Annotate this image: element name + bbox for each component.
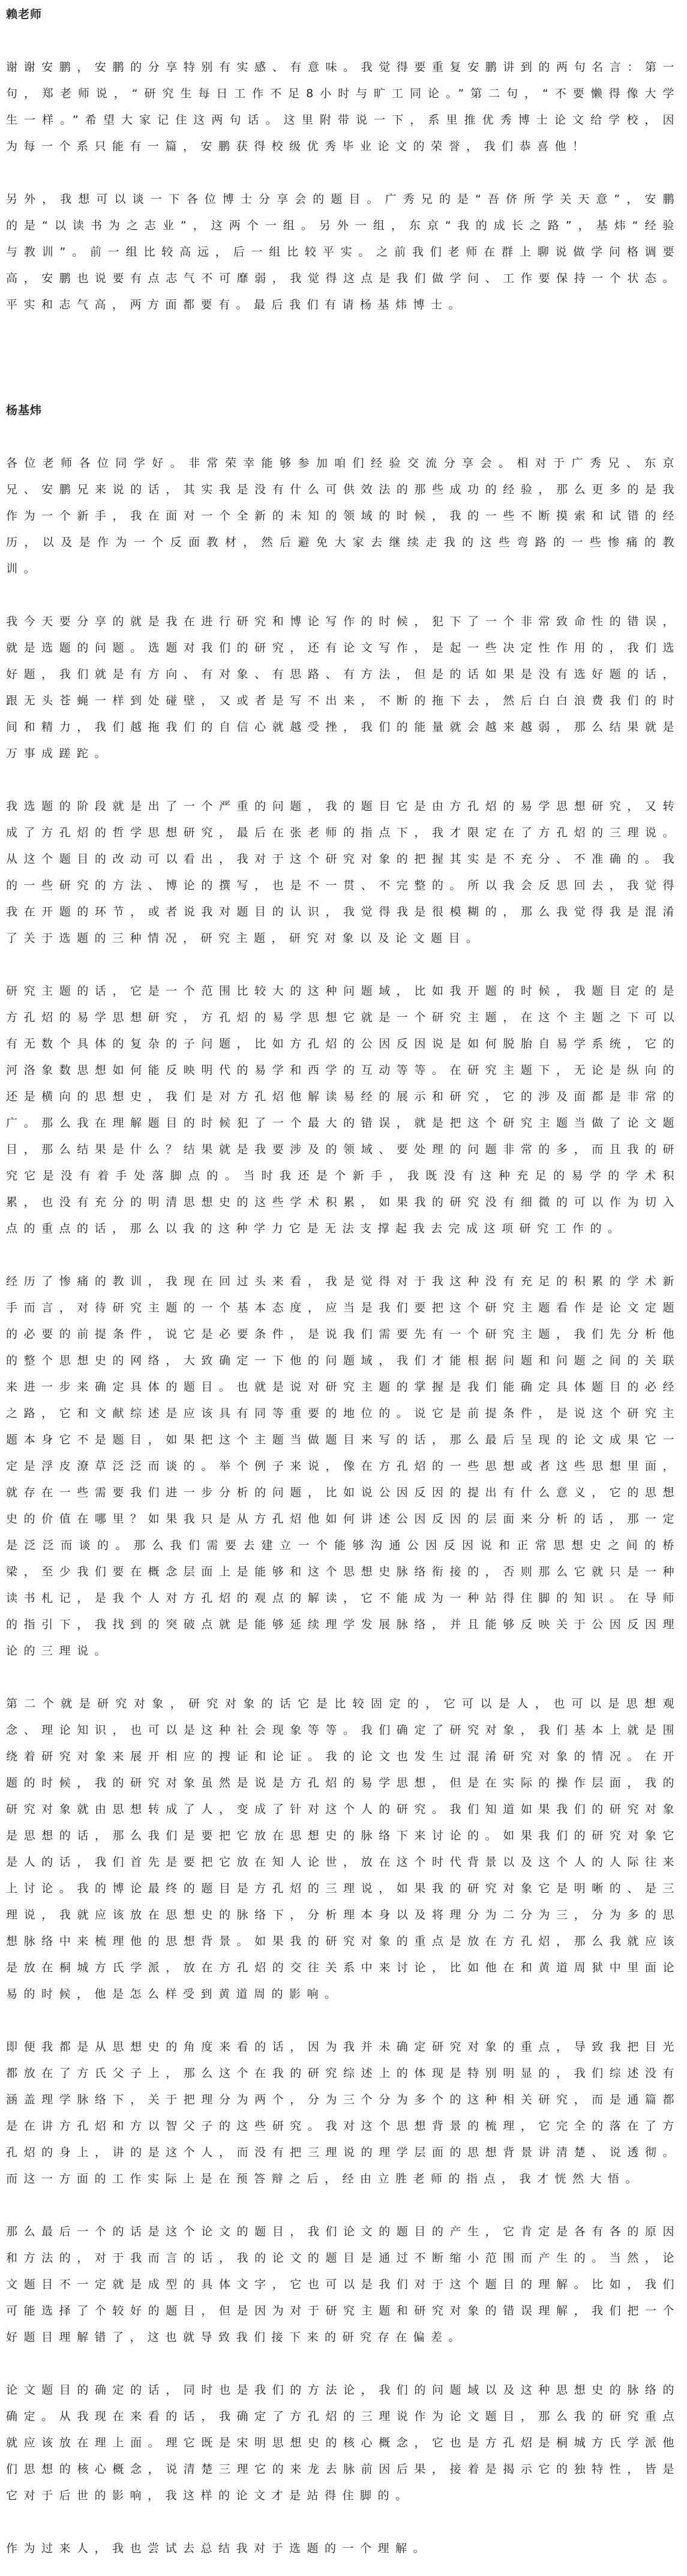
- paragraph: 谢谢安鹏，安鹏的分享特别有实感、有意味。我觉得要重复安鹏讲到的两句名言：第一句，…: [6, 54, 680, 160]
- document-page: 赖老师 谢谢安鹏，安鹏的分享特别有实感、有意味。我觉得要重复安鹏讲到的两句名言：…: [0, 0, 687, 2576]
- speaker-name: 赖老师: [6, 1, 680, 28]
- paragraph: 第二个就是研究对象，研究对象的话它是比较固定的，它可以是人，也可以是思想观念、理…: [6, 1691, 680, 2007]
- paragraph: 即便我都是从思想史的角度来看的话，因为我并未确定研究对象的重点，导致我把目光都放…: [6, 2034, 680, 2192]
- paragraph: 论文题目的确定的话，同时也是我们的方法论，我们的问题域以及这种思想史的脉络的确定…: [6, 2377, 680, 2509]
- paragraph: 我选题的阶段就是出了一个严重的问题，我的题目它是由方孔炤的易学思想研究，又转成了…: [6, 793, 680, 951]
- speaker-section: 赖老师 谢谢安鹏，安鹏的分享特别有实感、有意味。我觉得要重复安鹏讲到的两句名言：…: [6, 1, 680, 318]
- paragraph: 经历了惨痛的教训，我现在回过头来看，我是觉得对于我这种没有充足的积累的学术新手而…: [6, 1268, 680, 1664]
- paragraph: 另外，我想可以谈一下各位博士分享会的题目。广秀兄的是“吾侪所学关天意”，安鹏的是…: [6, 186, 680, 318]
- speaker-name: 杨基炜: [6, 397, 680, 424]
- paragraph: 那么最后一个的话是这个论文的题目，我们论文的题目的产生，它肯定是各有各的原因和方…: [6, 2218, 680, 2350]
- paragraph: 各位老师各位同学好。非常荣幸能够参加咱们经验交流分享会。相对于广秀兄、东京兄、安…: [6, 450, 680, 582]
- paragraph: 作为过来人，我也尝试去总结我对于选题的一个理解。: [6, 2535, 680, 2562]
- paragraph: 研究主题的话，它是一个范围比较大的这种问题域，比如我开题的时候，我题目定的是方孔…: [6, 978, 680, 1242]
- speaker-section: 杨基炜 各位老师各位同学好。非常荣幸能够参加咱们经验交流分享会。相对于广秀兄、东…: [6, 397, 680, 2562]
- paragraph: 我今天要分享的就是我在进行研究和博论写作的时候，犯下了一个非常致命性的错误，就是…: [6, 608, 680, 767]
